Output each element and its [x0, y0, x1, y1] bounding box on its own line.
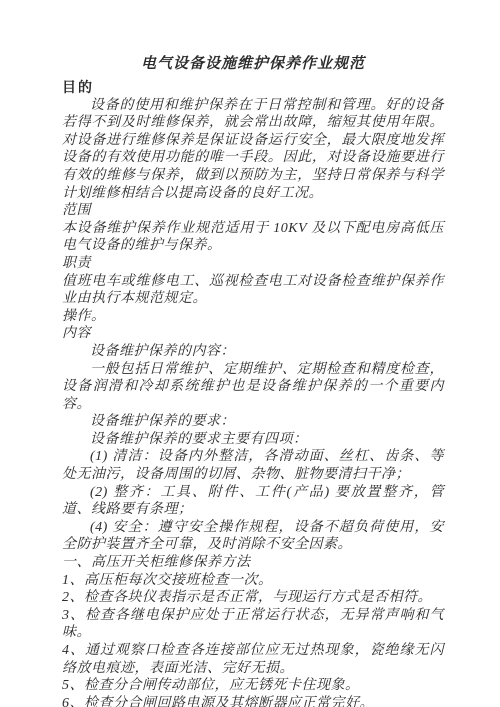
section-heading: 内容 [62, 325, 444, 343]
paragraph: 值班电车或维修电工、巡视检查电工对设备检查维护保养作业由执行本规范规定。 [62, 273, 444, 308]
paragraph: 一般包括日常维护、定期维护、定期检查和精度检查，设备润滑和冷却系统维护也是设备维… [62, 361, 444, 414]
paragraph: 一、高压开关柜维修保养方法 [62, 554, 444, 572]
paragraph: (2) 整齐：工具、附件、工件(产品) 要放置整齐，管道、线路要有条理； [62, 484, 444, 519]
paragraph: 4、通过观察口检查各连接部位应无过热现象，瓷绝缘无闪络放电痕迹，表面光洁、完好无… [62, 642, 444, 677]
paragraph: 设备的使用和维护保养在于日常控制和管理。好的设备若得不到及时维修保养，就会常出故… [62, 97, 444, 203]
paragraph: 6、检查分合闸回路电源及其熔断器应正常完好。 [62, 695, 444, 707]
section-heading: 操作。 [62, 308, 444, 326]
paragraph: 1、高压柜每次交接班检查一次。 [62, 572, 444, 590]
section-heading: 范围 [62, 202, 444, 220]
paragraph: 3、检查各继电保护应处于正常运行状态，无异常声响和气味。 [62, 607, 444, 642]
paragraph: 设备维护保养的要求主要有四项： [62, 431, 444, 449]
paragraph: (4) 安全：遵守安全操作规程，设备不超负荷使用，安全防护装置齐全可靠，及时消除… [62, 519, 444, 554]
document-page: 电气设备设施维护保养作业规范 目的设备的使用和维护保养在于日常控制和管理。好的设… [0, 0, 500, 707]
document-body: 目的设备的使用和维护保养在于日常控制和管理。好的设备若得不到及时维修保养，就会常… [62, 79, 444, 707]
paragraph: 5、检查分合闸传动部位，应无锈死卡住现象。 [62, 677, 444, 695]
paragraph: 设备维护保养的内容： [62, 343, 444, 361]
section-heading: 目的 [62, 79, 444, 97]
section-heading: 职责 [62, 255, 444, 273]
paragraph: 本设备维护保养作业规范适用于 10KV 及以下配电房高低压电气设备的维护与保养。 [62, 220, 444, 255]
paragraph: 设备维护保养的要求： [62, 413, 444, 431]
document-title: 电气设备设施维护保养作业规范 [62, 54, 444, 74]
paragraph: (1) 清洁：设备内外整洁，各滑动面、丝杠、齿条、等处无油污，设备周围的切屑、杂… [62, 448, 444, 483]
paragraph: 2、检查各块仪表指示是否正常，与现运行方式是否相符。 [62, 589, 444, 607]
